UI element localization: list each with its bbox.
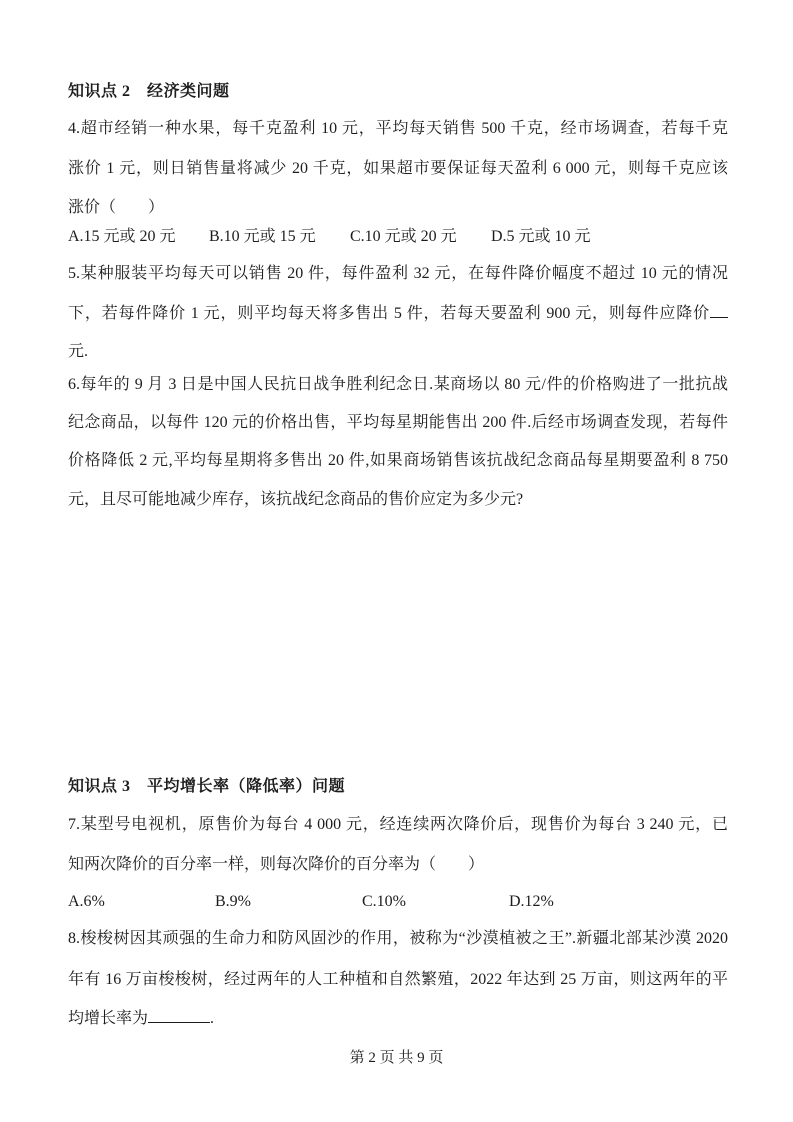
question-4-line-1: 4.超市经销一种水果，每千克盈利 10 元，平均每天销售 500 千克，经市场调… [68,119,728,139]
question-4-line-2: 涨价 1 元，则日销售量将减少 20 千克，如果超市要保证每天盈利 6 000 … [68,159,728,179]
question-5-line-1: 5.某种服装平均每天可以销售 20 件，每件盈利 32 元，在每件降价幅度不超过… [68,264,728,284]
question-6-line-2: 纪念商品，以每件 120 元的价格出售，平均每星期能售出 200 件.后经市场调… [68,413,728,433]
question-5-line-2-text: 下，若每件降价 1 元，则平均每天将多售出 5 件，若每天要盈利 900 元，则… [68,305,710,322]
question-4-option-d: D.5 元或 10 元 [491,227,591,247]
question-8-line-3: 均增长率为. [68,1009,728,1029]
question-4-line-3: 涨价（ ） [68,198,728,218]
question-7-option-b: B.9% [215,892,362,912]
question-8-line-3-text: 均增长率为 [68,1010,148,1027]
question-5-line-2: 下，若每件降价 1 元，则平均每天将多售出 5 件，若每天要盈利 900 元，则… [68,304,728,324]
question-8-line-3-period: . [210,1010,214,1027]
question-6-line-1: 6.每年的 9 月 3 日是中国人民抗日战争胜利纪念日.某商场以 80 元/件的… [68,375,728,395]
question-7-option-c: C.10% [362,892,509,912]
question-7-line-2: 知两次降价的百分率一样，则每次降价的百分率为（ ） [68,855,728,875]
question-4-option-c: C.10 元或 20 元 [350,227,491,247]
section-heading-growth-rate: 知识点 3 平均增长率（降低率）问题 [68,777,728,797]
section-heading-economics: 知识点 2 经济类问题 [68,82,728,102]
answer-blank-underline [148,1009,210,1023]
question-6-line-3: 价格降低 2 元,平均每星期将多售出 20 件,如果商场销售该抗战纪念商品每星期… [68,451,728,471]
question-7-line-1: 7.某型号电视机，原售价为每台 4 000 元，经连续两次降价后，现售价为每台 … [68,815,728,835]
question-6-line-4: 元，且尽可能地减少库存，该抗战纪念商品的售价应定为多少元? [68,490,728,510]
question-7-option-d: D.12% [509,892,554,912]
question-4-options: A.15 元或 20 元 B.10 元或 15 元 C.10 元或 20 元 D… [68,227,728,247]
question-8-line-2: 年有 16 万亩梭梭树，经过两年的人工种植和自然繁殖，2022 年达到 25 万… [68,970,728,990]
question-4-option-a: A.15 元或 20 元 [68,227,209,247]
question-7-option-a: A.6% [68,892,215,912]
answer-blank-underline [710,304,728,318]
page-footer: 第 2 页 共 9 页 [0,1048,793,1068]
question-8-line-1: 8.梭梭树因其顽强的生命力和防风固沙的作用，被称为“沙漠植被之王”.新疆北部某沙… [68,929,728,949]
worksheet-page: 知识点 2 经济类问题 4.超市经销一种水果，每千克盈利 10 元，平均每天销售… [0,0,793,1122]
question-5-line-3: 元. [68,342,728,362]
question-7-options: A.6% B.9% C.10% D.12% [68,892,728,912]
question-4-option-b: B.10 元或 15 元 [209,227,350,247]
